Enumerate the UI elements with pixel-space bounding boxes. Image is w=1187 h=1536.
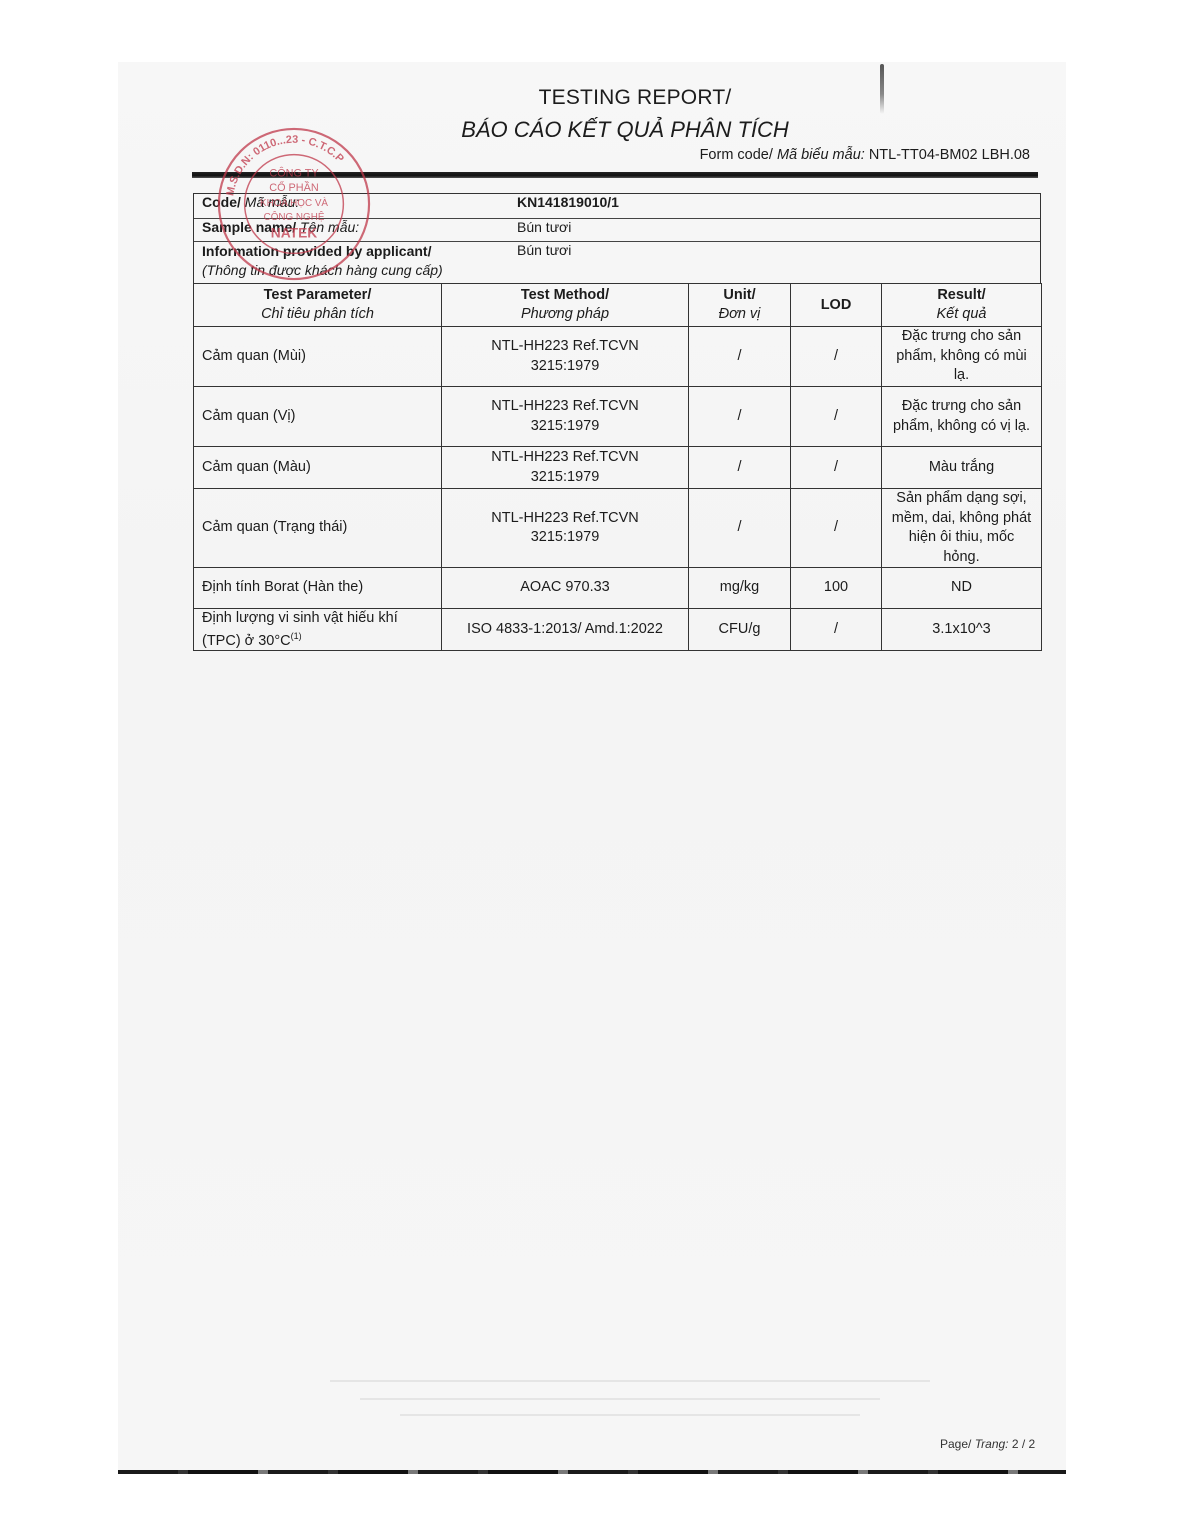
table-row: Định tính Borat (Hàn the) AOAC 970.33 mg… <box>194 568 1042 609</box>
paper-crease-mark <box>880 64 884 114</box>
cell-method: NTL-HH223 Ref.TCVN 3215:1979 <box>442 327 689 387</box>
results-header-row: Test Parameter/Chỉ tiêu phân tích Test M… <box>194 284 1042 327</box>
cell-lod: / <box>791 447 882 489</box>
table-row: Cảm quan (Màu) NTL-HH223 Ref.TCVN 3215:1… <box>194 447 1042 489</box>
cell-lod: / <box>791 387 882 447</box>
cell-lod: / <box>791 609 882 651</box>
footnote-marker: (1) <box>291 631 302 641</box>
cell-parameter: Định tính Borat (Hàn the) <box>194 568 442 609</box>
sample-info-row-name: Sample name/ Tên mẫu: Bún tươi <box>193 219 1040 242</box>
sample-name-value: Bún tươi <box>497 219 1040 242</box>
cell-method: NTL-HH223 Ref.TCVN 3215:1979 <box>442 387 689 447</box>
results-table: Test Parameter/Chỉ tiêu phân tích Test M… <box>193 283 1042 651</box>
cell-parameter: Cảm quan (Trạng thái) <box>194 489 442 568</box>
applicant-info-value: Bún tươi <box>497 242 1040 284</box>
sample-info-table: Code/ Mã mẫu: KN141819010/1 Sample name/… <box>193 193 1040 284</box>
cell-parameter: Cảm quan (Màu) <box>194 447 442 489</box>
column-header-method: Test Method/Phương pháp <box>442 284 689 327</box>
cell-unit: mg/kg <box>689 568 791 609</box>
sample-info-row-code: Code/ Mã mẫu: KN141819010/1 <box>193 194 1040 219</box>
header-divider <box>192 172 1038 178</box>
cell-method: ISO 4833-1:2013/ Amd.1:2022 <box>442 609 689 651</box>
cell-parameter: Định lượng vi sinh vật hiếu khí (TPC) ở … <box>194 609 442 651</box>
table-row: Định lượng vi sinh vật hiếu khí (TPC) ở … <box>194 609 1042 651</box>
footer-divider <box>118 1470 1066 1474</box>
column-header-parameter: Test Parameter/Chỉ tiêu phân tích <box>194 284 442 327</box>
cell-lod: 100 <box>791 568 882 609</box>
cell-lod: / <box>791 327 882 387</box>
cell-result: Màu trắng <box>882 447 1042 489</box>
table-row: Cảm quan (Mùi) NTL-HH223 Ref.TCVN 3215:1… <box>194 327 1042 387</box>
cell-method: NTL-HH223 Ref.TCVN 3215:1979 <box>442 447 689 489</box>
form-code-label-en: Form code/ <box>700 147 773 163</box>
cell-result: 3.1x10^3 <box>882 609 1042 651</box>
cell-unit: / <box>689 489 791 568</box>
cell-unit: / <box>689 387 791 447</box>
column-header-lod: LOD <box>791 284 882 327</box>
cell-unit: CFU/g <box>689 609 791 651</box>
cell-parameter: Cảm quan (Vị) <box>194 387 442 447</box>
sample-info-label: Sample name/ Tên mẫu: <box>193 219 497 242</box>
cell-result: Đặc trưng cho sản phẩm, không có vị lạ. <box>882 387 1042 447</box>
sample-info-label: Information provided by applicant/(Thông… <box>193 242 497 284</box>
form-code-value: NTL-TT04-BM02 LBH.08 <box>869 147 1030 163</box>
cell-result: Đặc trưng cho sản phẩm, không có mùi lạ. <box>882 327 1042 387</box>
report-title-vi: BÁO CÁO KẾT QUẢ PHÂN TÍCH <box>420 117 830 143</box>
cell-parameter: Cảm quan (Mùi) <box>194 327 442 387</box>
table-row: Cảm quan (Vị) NTL-HH223 Ref.TCVN 3215:19… <box>194 387 1042 447</box>
cell-method: NTL-HH223 Ref.TCVN 3215:1979 <box>442 489 689 568</box>
column-header-result: Result/Kết quả <box>882 284 1042 327</box>
form-code: Form code/ Mã biểu mẫu: NTL-TT04-BM02 LB… <box>600 147 1030 163</box>
sample-info-row-applicant: Information provided by applicant/(Thông… <box>193 242 1040 284</box>
report-title-en: TESTING REPORT/ <box>430 86 840 110</box>
cell-unit: / <box>689 447 791 489</box>
form-code-label-vi: Mã biểu mẫu: <box>777 147 865 163</box>
cell-result: ND <box>882 568 1042 609</box>
page-number: Page/ Trang: 2 / 2 <box>940 1437 1035 1451</box>
column-header-unit: Unit/Đơn vị <box>689 284 791 327</box>
cell-method: AOAC 970.33 <box>442 568 689 609</box>
cell-unit: / <box>689 327 791 387</box>
cell-result: Sản phẩm dạng sợi, mềm, dai, không phát … <box>882 489 1042 568</box>
sample-code-value: KN141819010/1 <box>497 194 1040 219</box>
sample-info-label: Code/ Mã mẫu: <box>193 194 497 219</box>
table-row: Cảm quan (Trạng thái) NTL-HH223 Ref.TCVN… <box>194 489 1042 568</box>
cell-lod: / <box>791 489 882 568</box>
